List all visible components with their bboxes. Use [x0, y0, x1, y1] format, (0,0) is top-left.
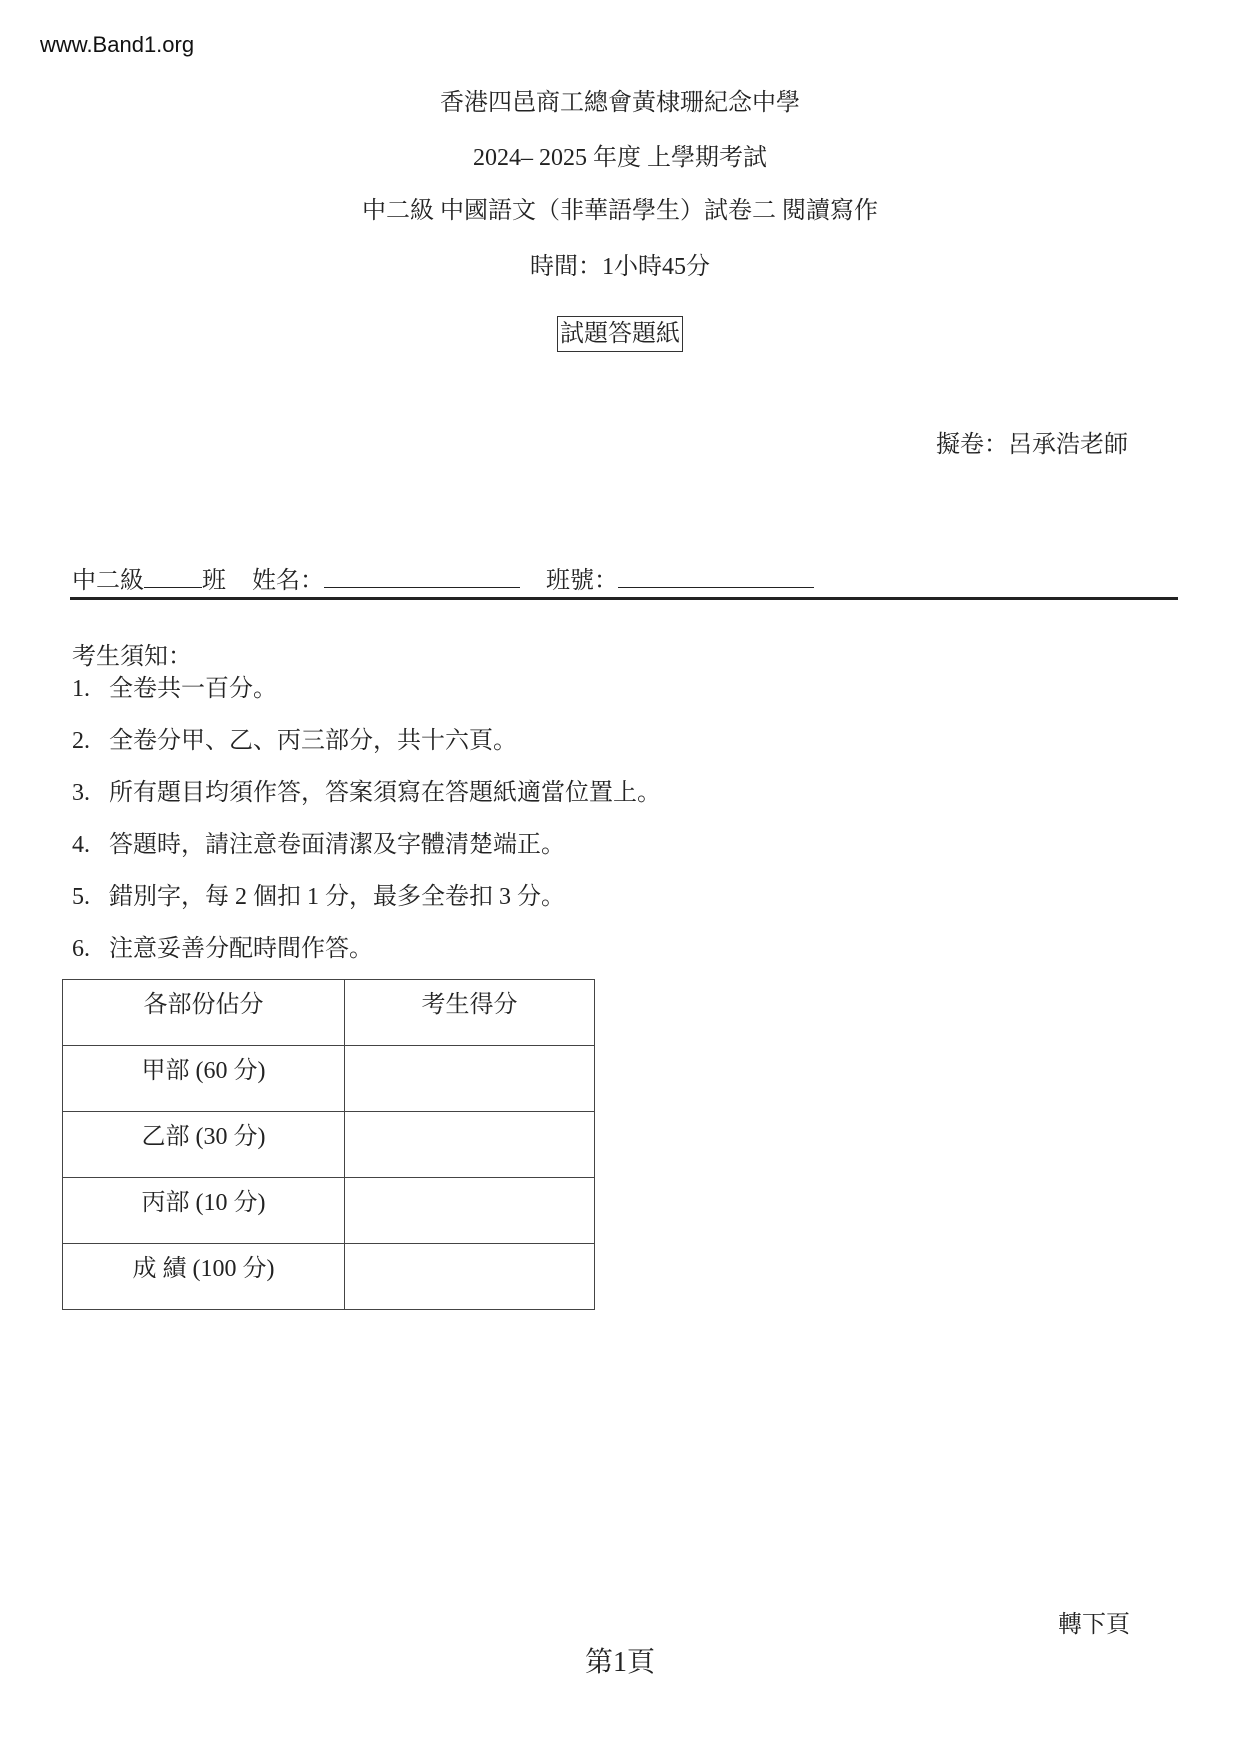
- header-section-marks: 各部份佔分: [63, 980, 345, 1046]
- name-field[interactable]: [324, 565, 520, 588]
- instructions-list: 1.全卷共一百分。 2.全卷分甲、乙、丙三部分，共十六頁。 3.所有題目均須作答…: [72, 672, 661, 984]
- turn-over-label: 轉下頁: [1058, 1604, 1130, 1639]
- exam-year: 2024– 2025 年度 上學期考試: [0, 137, 1240, 172]
- watermark: www.Band1.org: [40, 32, 194, 58]
- score-cell[interactable]: [345, 1244, 595, 1310]
- number-label: 班號：: [546, 568, 618, 594]
- instruction-item: 5.錯別字，每 2 個扣 1 分，最多全卷扣 3 分。: [72, 880, 661, 932]
- instruction-text: 全卷分甲、乙、丙三部分，共十六頁。: [109, 728, 517, 754]
- table-row: 乙部 (30 分): [63, 1112, 595, 1178]
- table-row: 成 績 (100 分): [63, 1244, 595, 1310]
- instruction-number: 5.: [72, 880, 109, 914]
- score-cell[interactable]: [345, 1112, 595, 1178]
- instruction-number: 4.: [72, 828, 109, 862]
- class-field[interactable]: [144, 565, 202, 588]
- instruction-number: 3.: [72, 776, 109, 810]
- class-number-field[interactable]: [618, 565, 814, 588]
- score-cell[interactable]: [345, 1046, 595, 1112]
- table-row: 甲部 (60 分): [63, 1046, 595, 1112]
- section-cell: 成 績 (100 分): [63, 1244, 345, 1310]
- student-info-line: 中二級班 姓名： 班號：: [72, 560, 814, 595]
- name-label: 姓名：: [252, 568, 324, 594]
- duration: 時間：1小時45分: [0, 246, 1240, 281]
- section-cell: 丙部 (10 分): [63, 1178, 345, 1244]
- score-table: 各部份佔分 考生得分 甲部 (60 分) 乙部 (30 分) 丙部 (10 分)…: [62, 979, 595, 1310]
- table-row: 丙部 (10 分): [63, 1178, 595, 1244]
- instruction-number: 6.: [72, 932, 109, 966]
- instructions-title: 考生須知：: [72, 636, 192, 671]
- instruction-number: 1.: [72, 672, 109, 706]
- instruction-text: 注意妥善分配時間作答。: [109, 936, 373, 962]
- divider-rule: [70, 597, 1178, 600]
- page-number: 第1頁: [0, 1640, 1240, 1680]
- header-candidate-score: 考生得分: [345, 980, 595, 1046]
- booklet-type-label: 試題答題紙: [557, 316, 683, 352]
- section-cell: 乙部 (30 分): [63, 1112, 345, 1178]
- instruction-text: 錯別字，每 2 個扣 1 分，最多全卷扣 3 分。: [109, 884, 565, 910]
- grade-label: 中二級: [72, 568, 144, 594]
- instruction-item: 3.所有題目均須作答，答案須寫在答題紙適當位置上。: [72, 776, 661, 828]
- paper-title: 中二級 中國語文（非華語學生）試卷二 閱讀寫作: [0, 190, 1240, 225]
- instruction-item: 1.全卷共一百分。: [72, 672, 661, 724]
- score-cell[interactable]: [345, 1178, 595, 1244]
- instruction-item: 6.注意妥善分配時間作答。: [72, 932, 661, 984]
- school-name: 香港四邑商工總會黃棣珊紀念中學: [0, 82, 1240, 117]
- instruction-item: 4.答題時，請注意卷面清潔及字體清楚端正。: [72, 828, 661, 880]
- section-cell: 甲部 (60 分): [63, 1046, 345, 1112]
- instruction-number: 2.: [72, 724, 109, 758]
- instruction-text: 所有題目均須作答，答案須寫在答題紙適當位置上。: [109, 780, 661, 806]
- instruction-item: 2.全卷分甲、乙、丙三部分，共十六頁。: [72, 724, 661, 776]
- instruction-text: 全卷共一百分。: [109, 676, 277, 702]
- booklet-type-container: 試題答題紙: [0, 316, 1240, 352]
- class-label: 班: [202, 568, 226, 594]
- instruction-text: 答題時，請注意卷面清潔及字體清楚端正。: [109, 832, 565, 858]
- score-table-header: 各部份佔分 考生得分: [63, 980, 595, 1046]
- paper-author: 擬卷：呂承浩老師: [936, 424, 1128, 459]
